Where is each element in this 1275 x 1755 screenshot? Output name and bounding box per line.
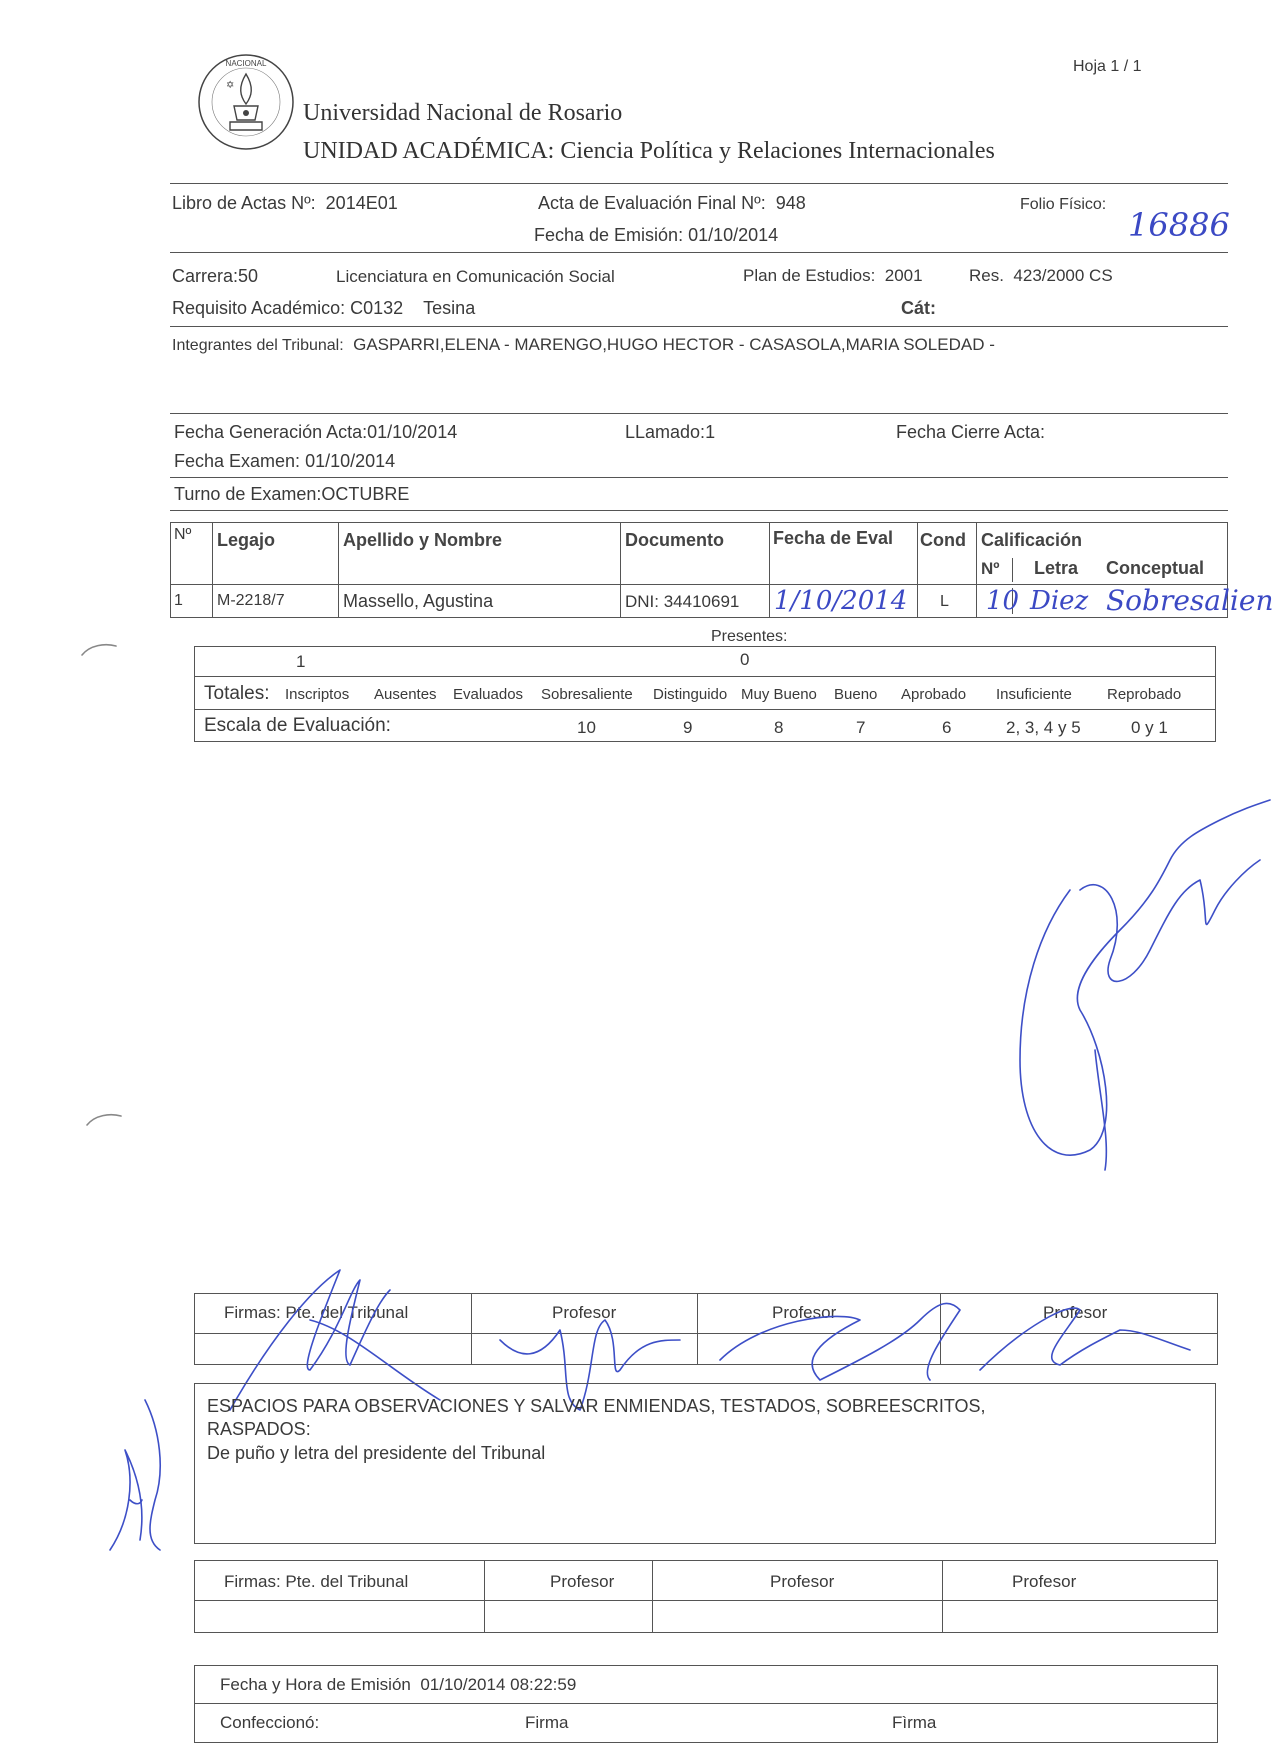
academic-unit: UNIDAD ACADÉMICA: Ciencia Política y Rel… <box>303 138 995 165</box>
examen-label: Fecha Examen: <box>174 451 300 471</box>
col-bueno: Bueno <box>834 686 877 703</box>
resolution: Res. 423/2000 CS <box>969 266 1113 286</box>
svg-text:NACIONAL: NACIONAL <box>226 59 267 68</box>
row-num: 1 <box>174 592 183 610</box>
acta-label: Acta de Evaluación Final Nº: <box>538 193 766 213</box>
plan-label: Plan de Estudios: <box>743 266 875 285</box>
row-legajo: M-2218/7 <box>217 592 285 610</box>
sig-bottom-profesor-3: Profesor <box>1012 1572 1076 1592</box>
emision-value: 01/10/2014 <box>688 225 778 245</box>
turno-examen: Turno de Examen:OCTUBRE <box>174 484 409 505</box>
libro-actas: Libro de Actas Nº: 2014E01 <box>172 193 398 214</box>
observations-text: De puño y letra del presidente del Tribu… <box>207 1443 545 1464</box>
emision-datetime: Fecha y Hora de Emisión 01/10/2014 08:22… <box>220 1675 576 1695</box>
carrera: Carrera:50 <box>172 266 258 287</box>
confecciono-label: Confeccionó: <box>220 1713 319 1733</box>
col-sobresaliente: Sobresaliente <box>541 686 633 703</box>
firma-2-label: Fìrma <box>892 1713 936 1733</box>
divider <box>170 477 1228 478</box>
llamado: LLamado:1 <box>625 422 715 443</box>
llamado-label: LLamado: <box>625 422 705 442</box>
observations-title-line2: RASPADOS: <box>207 1419 311 1440</box>
header-calificacion: Calificación <box>981 530 1082 551</box>
header-calif-num: Nº <box>981 559 1000 579</box>
header-documento: Documento <box>625 530 724 551</box>
folio-value-handwritten: 16886 <box>1128 206 1230 244</box>
header-cond: Cond <box>920 530 966 551</box>
observations-box: ESPACIOS PARA OBSERVACIONES Y SALVAR ENM… <box>194 1383 1216 1544</box>
escala-distinguido: 9 <box>683 718 692 738</box>
row-calif-letra-handwritten: Diez <box>1030 586 1088 616</box>
requisito-value: C0132 <box>350 298 403 318</box>
header-fecha-eval: Fecha de Eval <box>773 528 893 549</box>
sig-bottom-profesor-1: Profesor <box>550 1572 614 1592</box>
header-nombre: Apellido y Nombre <box>343 530 502 551</box>
escala-bueno: 7 <box>856 718 865 738</box>
university-name: Universidad Nacional de Rosario <box>303 100 622 127</box>
sig-bottom-profesor-2: Profesor <box>770 1572 834 1592</box>
footer-box: Fecha y Hora de Emisión 01/10/2014 08:22… <box>194 1665 1218 1743</box>
observations-title-line1: ESPACIOS PARA OBSERVACIONES Y SALVAR ENM… <box>207 1396 986 1417</box>
acta-number: Acta de Evaluación Final Nº: 948 <box>538 193 806 214</box>
tribunal: Integrantes del Tribunal: GASPARRI,ELENA… <box>172 335 995 355</box>
fecha-cierre-label: Fecha Cierre Acta: <box>896 422 1045 443</box>
requisito-name: Tesina <box>423 298 475 318</box>
turno-label: Turno de Examen: <box>174 484 321 504</box>
totales-label: Totales: <box>204 683 269 705</box>
margin-initials <box>100 1390 170 1560</box>
folio-label: Folio Físico: <box>1020 196 1106 214</box>
res-value: 423/2000 CS <box>1013 266 1112 285</box>
carrera-value: 50 <box>238 266 258 286</box>
col-reprobado: Reprobado <box>1107 686 1181 703</box>
divider <box>170 326 1228 327</box>
footer-emision-label: Fecha y Hora de Emisión <box>220 1675 411 1694</box>
escala-muy-bueno: 8 <box>774 718 783 738</box>
row-cond: L <box>940 593 949 611</box>
col-inscriptos: Inscriptos <box>285 686 349 703</box>
row-fecha-eval-handwritten: 1/10/2014 <box>774 586 907 616</box>
plan-value: 2001 <box>885 266 923 285</box>
carrera-name: Licenciatura en Comunicación Social <box>336 267 615 287</box>
row-calif-conceptual-handwritten: Sobresaliente <box>1106 584 1275 617</box>
col-aprobado: Aprobado <box>901 686 966 703</box>
seal-icon: ✡ NACIONAL <box>196 52 296 152</box>
carrera-label: Carrera: <box>172 266 238 286</box>
totals-table: 1 0 Totales: Inscriptos Ausentes Evaluad… <box>194 646 1216 742</box>
row-nombre: Massello, Agustina <box>343 591 493 612</box>
fecha-examen: Fecha Examen: 01/10/2014 <box>174 451 395 472</box>
footer-emision-value: 01/10/2014 08:22:59 <box>420 1675 576 1694</box>
row-documento: DNI: 34410691 <box>625 592 739 612</box>
tribunal-label: Integrantes del Tribunal: <box>172 337 344 354</box>
llamado-value: 1 <box>705 422 715 442</box>
acta-value: 948 <box>776 193 806 213</box>
ausentes-count: 0 <box>740 650 749 670</box>
tribunal-members: GASPARRI,ELENA - MARENGO,HUGO HECTOR - C… <box>353 335 995 354</box>
escala-sobresaliente: 10 <box>577 718 596 738</box>
col-distinguido: Distinguido <box>653 686 727 703</box>
signatures-bottom-table: Firmas: Pte. del Tribunal Profesor Profe… <box>194 1560 1218 1633</box>
col-evaluados: Evaluados <box>453 686 523 703</box>
col-insuficiente: Insuficiente <box>996 686 1072 703</box>
res-label: Res. <box>969 266 1004 285</box>
escala-reprobado: 0 y 1 <box>1131 718 1168 738</box>
page-indicator: Hoja 1 / 1 <box>1073 58 1141 76</box>
header-legajo: Legajo <box>217 530 275 551</box>
col-muy-bueno: Muy Bueno <box>741 686 817 703</box>
cat-label: Cát: <box>901 298 936 319</box>
sig-bottom-presidente: Firmas: Pte. del Tribunal <box>224 1572 408 1592</box>
header-calif-letra: Letra <box>1034 558 1078 579</box>
margin-signature <box>1010 800 1275 1170</box>
svg-text:✡: ✡ <box>226 80 234 91</box>
divider <box>170 183 1228 184</box>
margin-mark <box>80 640 120 660</box>
divider <box>170 510 1228 511</box>
margin-mark <box>85 1110 125 1130</box>
inscriptos-count: 1 <box>296 652 305 672</box>
generacion-label: Fecha Generación Acta: <box>174 422 367 442</box>
libro-label: Libro de Actas Nº: <box>172 193 316 213</box>
fecha-emision: Fecha de Emisión: 01/10/2014 <box>534 225 778 246</box>
header-calif-conceptual: Conceptual <box>1106 558 1204 579</box>
university-seal: ✡ NACIONAL <box>196 52 296 152</box>
turno-value: OCTUBRE <box>321 484 409 504</box>
requisito: Requisito Académico: C0132 Tesina <box>172 298 475 319</box>
escala-insuficiente: 2, 3, 4 y 5 <box>1006 718 1081 738</box>
examen-value: 01/10/2014 <box>305 451 395 471</box>
emision-label: Fecha de Emisión: <box>534 225 683 245</box>
students-table: Nº Legajo Apellido y Nombre Documento Fe… <box>170 522 1228 618</box>
firma-1-label: Firma <box>525 1713 568 1733</box>
header-num: Nº <box>174 526 191 544</box>
divider <box>170 413 1228 414</box>
fecha-generacion: Fecha Generación Acta:01/10/2014 <box>174 422 457 443</box>
divider <box>170 252 1228 253</box>
libro-value: 2014E01 <box>326 193 398 213</box>
generacion-value: 01/10/2014 <box>367 422 457 442</box>
plan-estudios: Plan de Estudios: 2001 <box>743 266 923 286</box>
requisito-label: Requisito Académico: <box>172 298 345 318</box>
row-calif-num-handwritten: 10 <box>986 586 1019 616</box>
col-ausentes: Ausentes <box>374 686 437 703</box>
escala-label: Escala de Evaluación: <box>204 715 391 737</box>
escala-aprobado: 6 <box>942 718 951 738</box>
presentes-label: Presentes: <box>711 628 841 647</box>
